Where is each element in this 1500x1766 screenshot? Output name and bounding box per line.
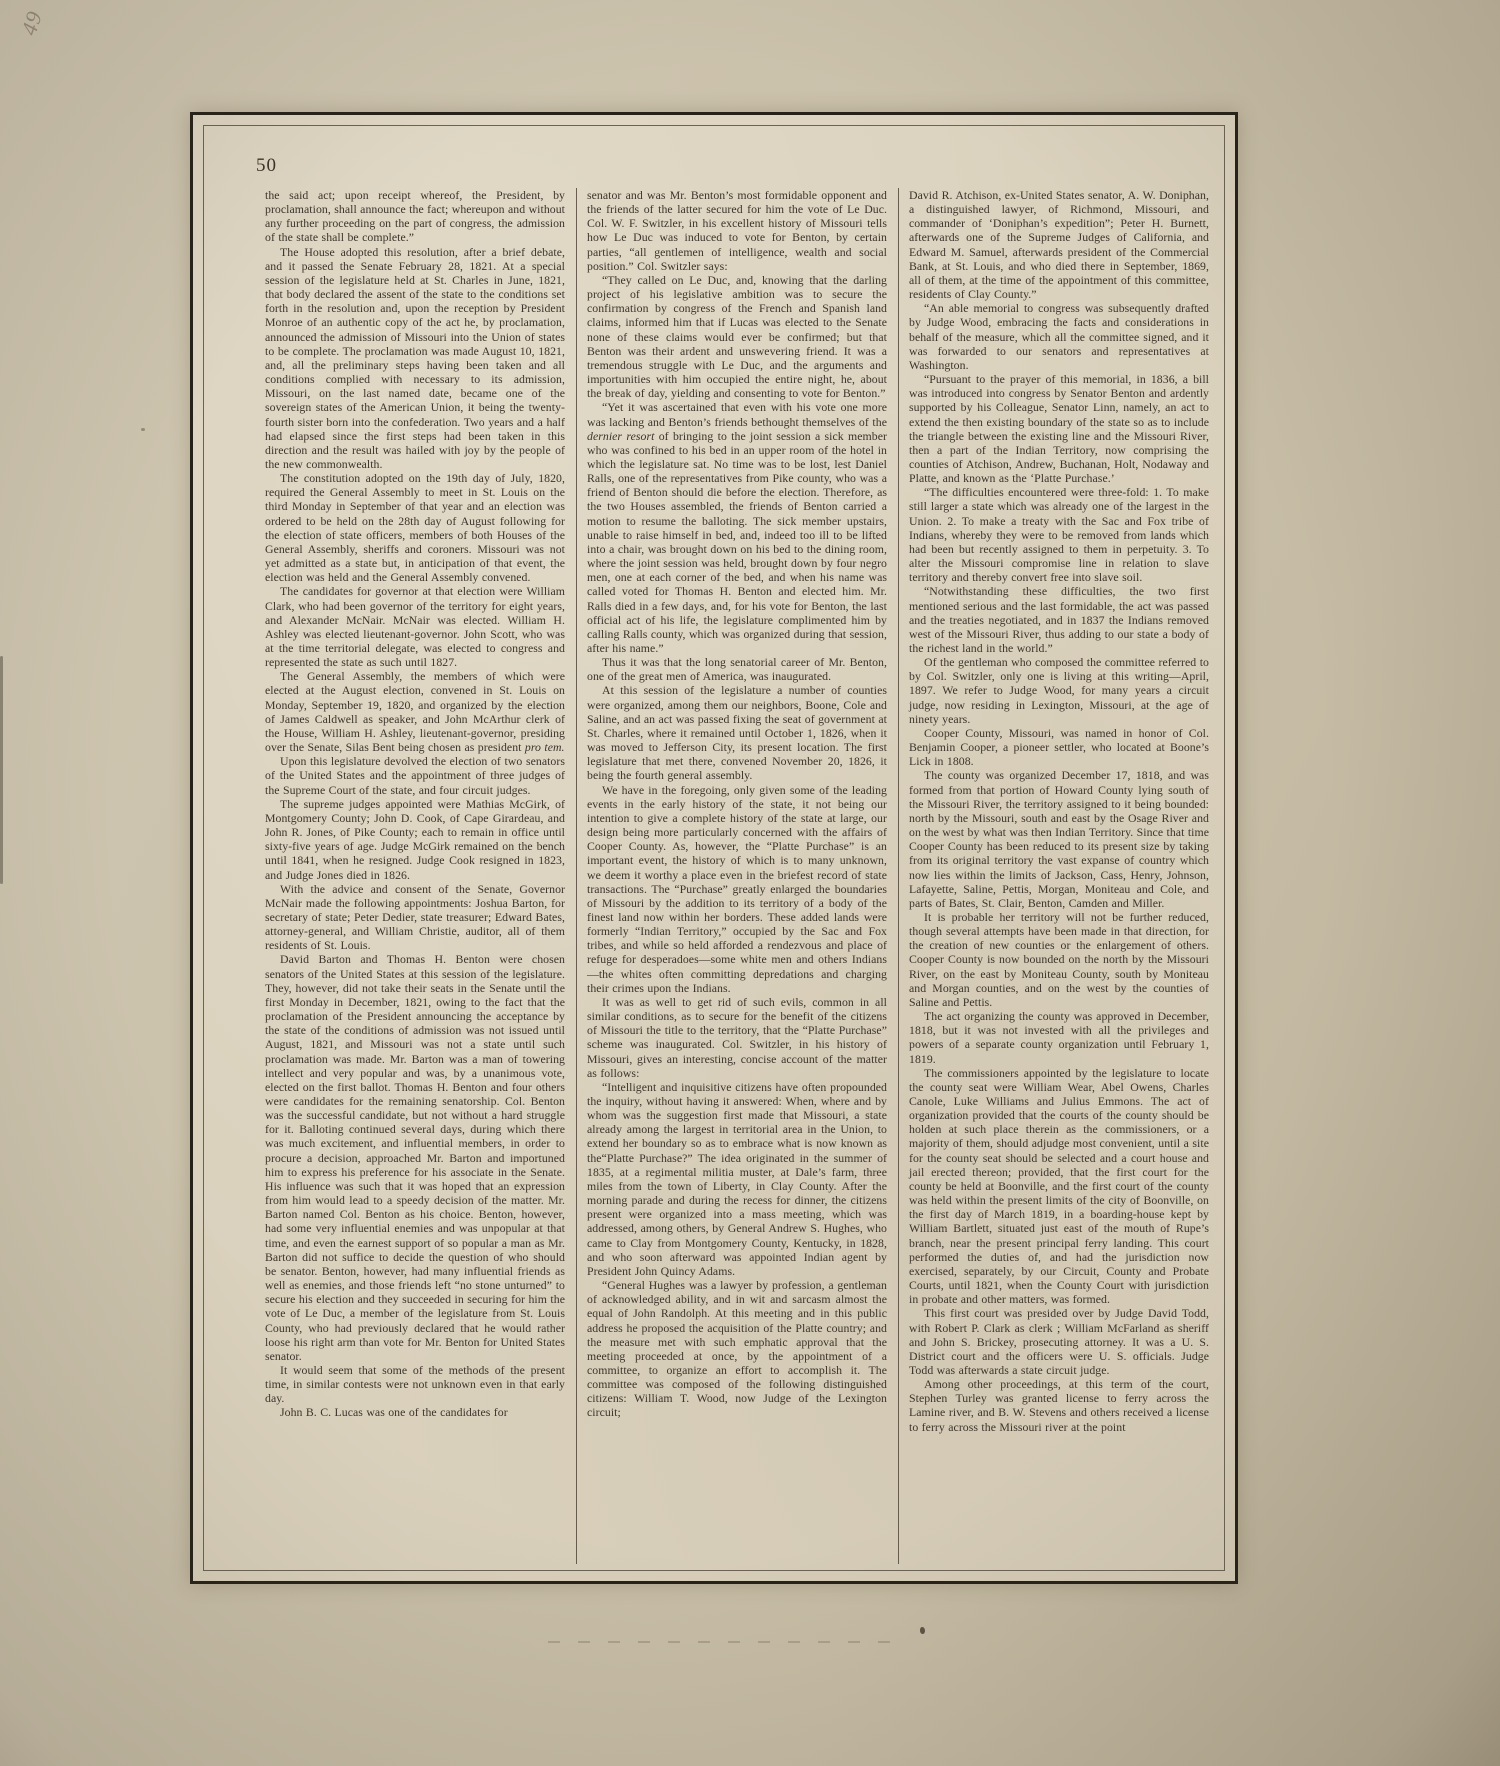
paragraph: senator and was Mr. Benton’s most formid…: [587, 188, 887, 273]
paragraph: Of the gentleman who composed the commit…: [909, 655, 1209, 726]
paragraph: “The difficulties encountered were three…: [909, 485, 1209, 584]
text-column-1: the said act; upon receipt whereof, the …: [265, 188, 565, 1564]
paragraph: “General Hughes was a lawyer by professi…: [587, 1278, 887, 1420]
paragraph: “An able memorial to congress was subseq…: [909, 301, 1209, 372]
scan-bottom-artifact: [548, 1641, 908, 1643]
paragraph: John B. C. Lucas was one of the candidat…: [265, 1405, 565, 1419]
paragraph: The commissioners appointed by the legis…: [909, 1066, 1209, 1307]
paragraph: Thus it was that the long senatorial car…: [587, 655, 887, 683]
paragraph: It would seem that some of the methods o…: [265, 1363, 565, 1405]
paragraph: “Yet it was ascertained that even with h…: [587, 400, 887, 655]
paragraph: the said act; upon receipt whereof, the …: [265, 188, 565, 245]
paragraph: The supreme judges appointed were Mathia…: [265, 797, 565, 882]
text-columns: the said act; upon receipt whereof, the …: [265, 188, 1209, 1564]
paragraph: We have in the foregoing, only given som…: [587, 783, 887, 995]
paragraph: “Intelligent and inquisitive citizens ha…: [587, 1080, 887, 1278]
paragraph: It is probable her territory will not be…: [909, 910, 1209, 1009]
paragraph: It was as well to get rid of such evils,…: [587, 995, 887, 1080]
paragraph: Cooper County, Missouri, was named in ho…: [909, 726, 1209, 768]
paragraph: At this session of the legislature a num…: [587, 683, 887, 782]
page-number: 50: [256, 155, 277, 177]
paragraph: Among other proceedings, at this term of…: [909, 1377, 1209, 1434]
paragraph: The General Assembly, the members of whi…: [265, 669, 565, 754]
paragraph: “They called on Le Duc, and, knowing tha…: [587, 273, 887, 400]
paragraph: The county was organized December 17, 18…: [909, 768, 1209, 910]
page-inner-rule: 50 the said act; upon receipt whereof, t…: [203, 125, 1225, 1571]
paragraph: David R. Atchison, ex-United States sena…: [909, 188, 1209, 301]
paragraph: “Pursuant to the prayer of this memorial…: [909, 372, 1209, 485]
text-column-3: David R. Atchison, ex-United States sena…: [898, 188, 1209, 1564]
paragraph: David Barton and Thomas H. Benton were c…: [265, 952, 565, 1363]
paragraph: This first court was presided over by Ju…: [909, 1306, 1209, 1377]
scan-edge-artifact: [0, 656, 3, 884]
paragraph: With the advice and consent of the Senat…: [265, 882, 565, 953]
paragraph: The constitution adopted on the 19th day…: [265, 471, 565, 584]
handwritten-mark: 49: [16, 8, 48, 39]
text-column-2: senator and was Mr. Benton’s most formid…: [576, 188, 887, 1564]
paragraph: The House adopted this resolution, after…: [265, 245, 565, 472]
paragraph: The candidates for governor at that elec…: [265, 584, 565, 669]
paragraph: The act organizing the county was approv…: [909, 1009, 1209, 1066]
paragraph: “Notwithstanding these difficulties, the…: [909, 584, 1209, 655]
ink-speck: [920, 1627, 925, 1634]
paper-speck: [141, 428, 145, 431]
paragraph: Upon this legislature devolved the elect…: [265, 754, 565, 796]
page-border-frame: 50 the said act; upon receipt whereof, t…: [190, 112, 1238, 1584]
